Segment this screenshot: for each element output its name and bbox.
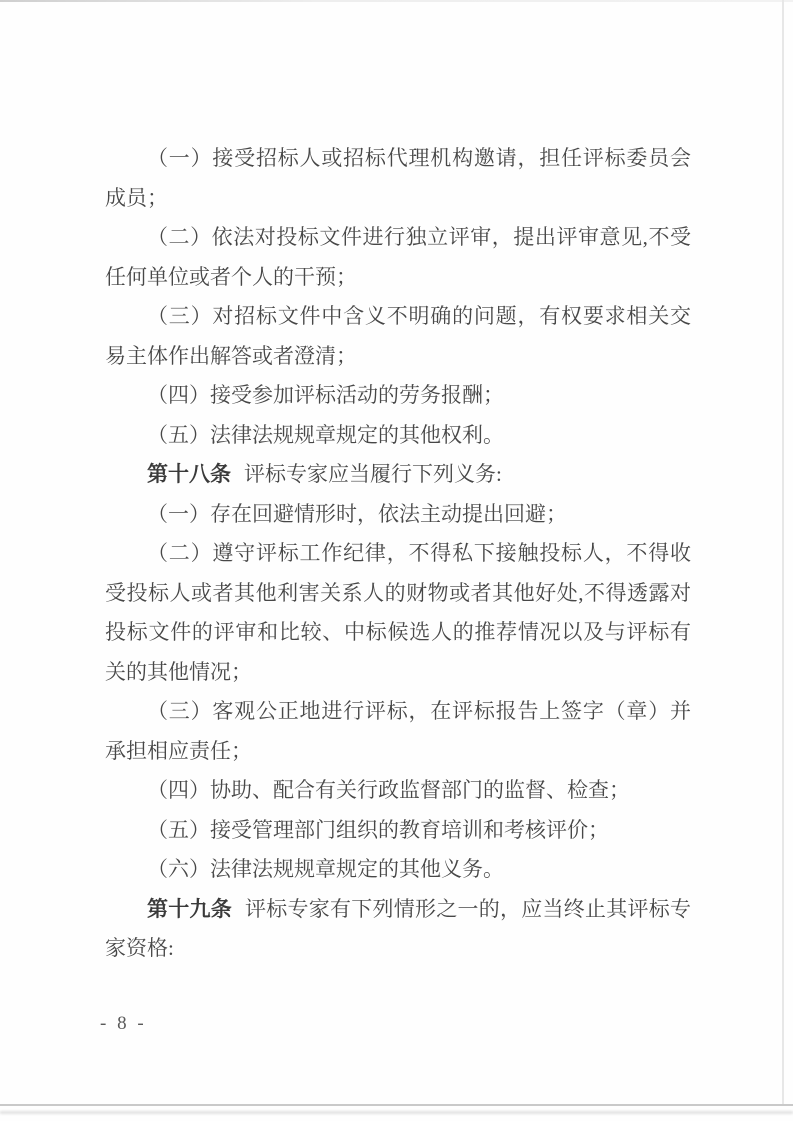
paragraph-text: （三）客观公正地进行评标，在评标报告上签字（章）并承担相应责任；: [105, 699, 691, 763]
list-item-paragraph: （一）接受招标人或招标代理机构邀请，担任评标委员会成员；: [105, 139, 691, 218]
scan-bottom-smudge: [0, 1111, 793, 1114]
article-number: 第十八条: [147, 463, 231, 486]
paragraph-text: （五）法律法规规章规定的其他权利。: [147, 423, 504, 447]
paragraph-text: 评标专家应当履行下列义务:: [244, 462, 502, 486]
scan-top-edge: [0, 0, 793, 2]
list-item-paragraph: （四）接受参加评标活动的劳务报酬；: [105, 376, 691, 416]
list-item-paragraph: （四）协助、配合有关行政监督部门的监督、检查；: [105, 771, 691, 811]
paragraph-text: （四）接受参加评标活动的劳务报酬；: [147, 383, 504, 407]
list-item-paragraph: （三）客观公正地进行评标，在评标报告上签字（章）并承担相应责任；: [105, 692, 691, 771]
scan-bottom-edge: [0, 1104, 793, 1106]
list-item-paragraph: （二）遵守评标工作纪律，不得私下接触投标人，不得收受投标人或者其他利害关系人的财…: [105, 534, 691, 692]
page-number: - 8 -: [100, 1013, 147, 1035]
paragraph-text: （一）接受招标人或招标代理机构邀请，担任评标委员会成员；: [105, 146, 691, 210]
article-number: 第十九条: [147, 898, 232, 921]
paragraph-text: （二）遵守评标工作纪律，不得私下接触投标人，不得收受投标人或者其他利害关系人的财…: [105, 541, 691, 684]
article-paragraph: 第十八条评标专家应当履行下列义务:: [105, 455, 691, 495]
paragraph-text: （六）法律法规规章规定的其他义务。: [147, 857, 504, 881]
list-item-paragraph: （三）对招标文件中含义不明确的问题，有权要求相关交易主体作出解答或者澄清；: [105, 297, 691, 376]
paragraph-text: （四）协助、配合有关行政监督部门的监督、检查；: [147, 778, 630, 802]
scan-right-edge: [782, 0, 784, 1105]
paragraph-text: （二）依法对投标文件进行独立评审，提出评审意见,不受任何单位或者个人的干预；: [105, 225, 691, 289]
paragraph-text: （五）接受管理部门组织的教育培训和考核评价；: [147, 818, 609, 842]
list-item-paragraph: （一）存在回避情形时，依法主动提出回避；: [105, 495, 691, 535]
document-body: （一）接受招标人或招标代理机构邀请，担任评标委员会成员；（二）依法对投标文件进行…: [105, 139, 691, 969]
list-item-paragraph: （五）接受管理部门组织的教育培训和考核评价；: [105, 811, 691, 851]
list-item-paragraph: （二）依法对投标文件进行独立评审，提出评审意见,不受任何单位或者个人的干预；: [105, 218, 691, 297]
article-paragraph: 第十九条评标专家有下列情形之一的，应当终止其评标专家资格:: [105, 890, 691, 969]
paragraph-text: （三）对招标文件中含义不明确的问题，有权要求相关交易主体作出解答或者澄清；: [105, 304, 691, 368]
paragraph-text: （一）存在回避情形时，依法主动提出回避；: [147, 502, 567, 526]
list-item-paragraph: （六）法律法规规章规定的其他义务。: [105, 850, 691, 890]
list-item-paragraph: （五）法律法规规章规定的其他权利。: [105, 416, 691, 456]
